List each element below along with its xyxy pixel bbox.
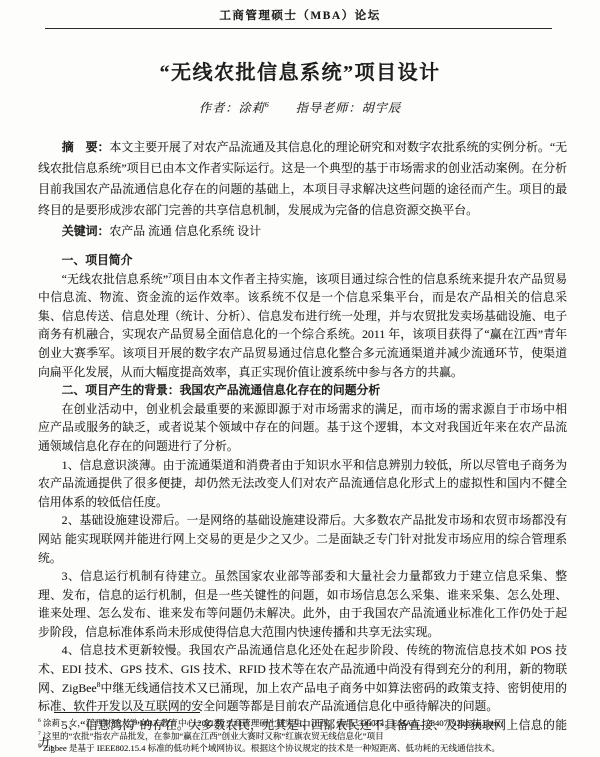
- abstract-text: 本文主要开展了对农产品流通及其信息化的理论研究和对数字农批系统的实例分析。“无线…: [38, 140, 567, 217]
- author-label: 作者：: [199, 101, 239, 115]
- section-1-paragraph-lead: “无线农批信息系统”: [62, 272, 168, 286]
- footnote-1: 6 涂莉：女，江西财经大学 MBA 教育中心 2011 级工商管理硕士研究生，江…: [38, 717, 570, 730]
- problem-item-4: 4、信息技术更新较慢。我国农产品流通信息化还处在起步阶段、传统的物流信息技术如 …: [38, 641, 567, 715]
- keywords-text: 农产品 流通 信息化系统 设计: [109, 224, 261, 238]
- header-rule: [45, 28, 552, 29]
- footnote-3-text: Zigbee 是基于 IEEE802.15.4 标准的低功耗个域网协议。根据这个…: [43, 743, 500, 753]
- journal-header: 工商管理硕士（MBA）论坛: [0, 0, 600, 23]
- document-page: 工商管理硕士（MBA）论坛 “无线农批信息系统”项目设计 作者：涂莉6指导老师：…: [0, 0, 600, 757]
- footnote-3-mark: 8: [38, 743, 41, 749]
- author-footnote-mark: 6: [265, 100, 270, 109]
- byline: 作者：涂莉6指导老师：胡宇辰: [0, 99, 600, 116]
- section-2-intro-paragraph: 在创业活动中，创业机会最重要的来源即源于对市场需求的满足，而市场的需求源自于市场…: [38, 400, 567, 456]
- section-1-paragraph-rest: 项目由本文作者主持实施，该项目通过综合性的信息系统来提升农产品贸易中信息流、物流…: [38, 272, 567, 379]
- footnote-3: 8 Zigbee 是基于 IEEE802.15.4 标准的低功耗个域网协议。根据…: [38, 742, 570, 755]
- footnote-1-mark: 6: [38, 718, 41, 724]
- abstract-block: 摘 要：本文主要开展了对农产品流通及其信息化的理论研究和对数字农批系统的实例分析…: [38, 137, 567, 242]
- problem-item-3: 3、信息运行机制有待建立。虽然国家农业部等部委和大量社会力量都致力于建立信息采集…: [38, 567, 567, 641]
- abstract-label: 摘 要：: [62, 140, 110, 154]
- abstract-paragraph: 摘 要：本文主要开展了对农产品流通及其信息化的理论研究和对数字农批系统的实例分析…: [38, 137, 567, 221]
- problem-item-1: 1、信息意识淡薄。由于流通渠道和消费者由于知识水平和信息辨别力较低，所以尽管电子…: [38, 456, 567, 512]
- problem-item-2: 2、基础设施建设滞后。一是网络的基础设施建设滞后。大多数农产品批发市场和农贸市场…: [38, 511, 567, 567]
- section-1-heading: 一、项目简介: [38, 251, 567, 270]
- document-body: 一、项目简介 “无线农批信息系统”7项目由本文作者主持实施，该项目通过综合性的信…: [38, 251, 567, 753]
- problem-item-4-rest: 中继无线通信技术又已涌现，加上农产品电子商务中如算法密码的政策支持、密钥使用的标…: [38, 681, 567, 714]
- footnote-2-mark: 7: [38, 731, 41, 737]
- keywords-label: 关键词：: [62, 224, 110, 238]
- keywords-line: 关键词：农产品 流通 信息化系统 设计: [38, 221, 567, 242]
- footnote-2-text: 这里的“农批”指农产品批发，在参加“赢在江西”创业大赛时又称“红旗农贸无线信息化…: [43, 731, 384, 741]
- footnote-2: 7 这里的“农批”指农产品批发，在参加“赢在江西”创业大赛时又称“红旗农贸无线信…: [38, 730, 570, 743]
- advisor-label: 指导老师：: [296, 101, 362, 115]
- author-name: 涂莉: [238, 101, 264, 115]
- section-1-paragraph: “无线农批信息系统”7项目由本文作者主持实施，该项目通过综合性的信息系统来提升农…: [38, 270, 567, 382]
- advisor-name: 胡宇辰: [362, 101, 402, 115]
- page-title: “无线农批信息系统”项目设计: [0, 56, 600, 85]
- footnote-1-text: 涂莉：女，江西财经大学 MBA 教育中心 2011 级工商管理硕士研究生，江西，…: [43, 718, 499, 728]
- section-2-heading: 二、项目产生的背景：我国农产品流通信息化存在的问题分析: [38, 381, 567, 400]
- footnote-separator: [54, 712, 200, 713]
- footnotes: 6 涂莉：女，江西财经大学 MBA 教育中心 2011 级工商管理硕士研究生，江…: [38, 712, 570, 755]
